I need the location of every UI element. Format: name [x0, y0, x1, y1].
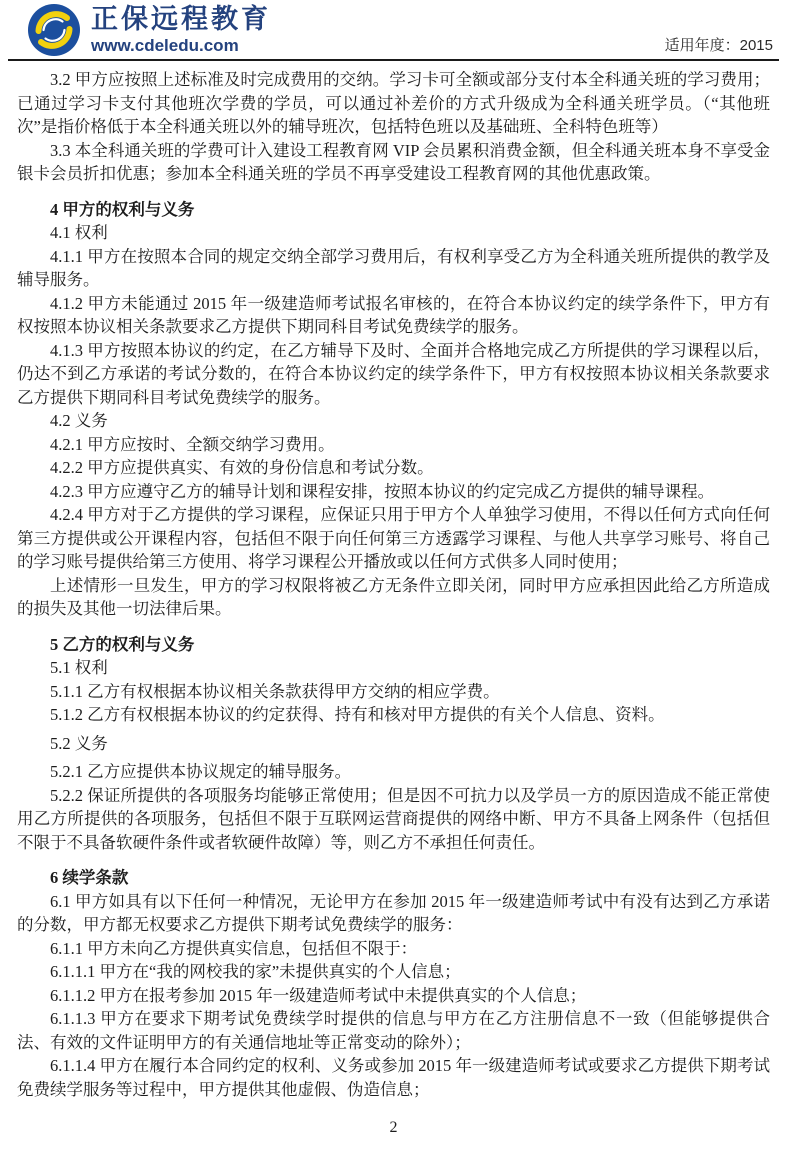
- clause-5-1: 5.1 权利: [17, 656, 770, 680]
- applicable-year-label: 适用年度：2015: [665, 34, 773, 56]
- page-number: 2: [0, 1119, 787, 1137]
- section-heading-4: 4 甲方的权利与义务: [17, 198, 770, 222]
- clause-4-1-2: 4.1.2 甲方未能通过 2015 年一级建造师考试报名审核的，在符合本协议约定…: [17, 292, 770, 339]
- clause-5-1-1: 5.1.1 乙方有权根据本协议相关条款获得甲方交纳的相应学费。: [17, 680, 770, 704]
- clause-4-1: 4.1 权利: [17, 221, 770, 245]
- clause-6-1-1-4: 6.1.1.4 甲方在履行本合同约定的权利、义务或参加 2015 年一级建造师考…: [17, 1054, 770, 1101]
- clause-5-2-1: 5.2.1 乙方应提供本协议规定的辅导服务。: [17, 760, 770, 784]
- brand-name: 正保远程教育: [91, 5, 271, 35]
- clause-3-2: 3.2 甲方应按照上述标准及时完成费用的交纳。学习卡可全额或部分支付本全科通关班…: [17, 68, 770, 139]
- clause-4-2-1: 4.2.1 甲方应按时、全额交纳学习费用。: [17, 433, 770, 457]
- clause-3-3: 3.3 本全科通关班的学费可计入建设工程教育网 VIP 会员累积消费金额，但全科…: [17, 139, 770, 186]
- clause-4-2-3: 4.2.3 甲方应遵守乙方的辅导计划和课程安排，按照本协议的约定完成乙方提供的辅…: [17, 480, 770, 504]
- clause-6-1-1: 6.1.1 甲方未向乙方提供真实信息，包括但不限于：: [17, 937, 770, 961]
- clause-6-1-1-2: 6.1.1.2 甲方在报考参加 2015 年一级建造师考试中未提供真实的个人信息…: [17, 984, 770, 1008]
- clause-4-1-3: 4.1.3 甲方按照本协议的约定，在乙方辅导下及时、全面并合格地完成乙方所提供的…: [17, 339, 770, 410]
- clause-6-1: 6.1 甲方如具有以下任何一种情况，无论甲方在参加 2015 年一级建造师考试中…: [17, 890, 770, 937]
- swirl-logo-icon: [28, 4, 80, 56]
- clause-6-1-1-1: 6.1.1.1 甲方在“我的网校我的家”未提供真实的个人信息；: [17, 960, 770, 984]
- clause-4-2-2: 4.2.2 甲方应提供真实、有效的身份信息和考试分数。: [17, 456, 770, 480]
- clause-5-1-2: 5.1.2 乙方有权根据本协议的约定获得、持有和核对甲方提供的有关个人信息、资料…: [17, 703, 770, 727]
- clause-5-2: 5.2 义务: [17, 732, 770, 756]
- clause-6-1-1-3: 6.1.1.3 甲方在要求下期考试免费续学时提供的信息与甲方在乙方注册信息不一致…: [17, 1007, 770, 1054]
- section-heading-6: 6 续学条款: [17, 866, 770, 890]
- section-heading-5: 5 乙方的权利与义务: [17, 633, 770, 657]
- brand-website: www.cdeledu.com: [91, 37, 271, 56]
- logo-text: 正保远程教育 www.cdeledu.com: [91, 5, 271, 55]
- contract-body: 3.2 甲方应按照上述标准及时完成费用的交纳。学习卡可全额或部分支付本全科通关班…: [0, 61, 787, 1101]
- page-header: 正保远程教育 www.cdeledu.com 适用年度：2015: [0, 0, 787, 56]
- clause-4-2-4-note: 上述情形一旦发生，甲方的学习权限将被乙方无条件立即关闭，同时甲方应承担因此给乙方…: [17, 574, 770, 621]
- clause-4-2: 4.2 义务: [17, 409, 770, 433]
- company-logo: 正保远程教育 www.cdeledu.com: [28, 4, 271, 56]
- clause-4-2-4: 4.2.4 甲方对于乙方提供的学习课程，应保证只用于甲方个人单独学习使用，不得以…: [17, 503, 770, 574]
- clause-4-1-1: 4.1.1 甲方在按照本合同的规定交纳全部学习费用后，有权利享受乙方为全科通关班…: [17, 245, 770, 292]
- clause-5-2-2: 5.2.2 保证所提供的各项服务均能够正常使用；但是因不可抗力以及学员一方的原因…: [17, 784, 770, 855]
- contract-document-page: 正保远程教育 www.cdeledu.com 适用年度：2015 3.2 甲方应…: [0, 0, 787, 1153]
